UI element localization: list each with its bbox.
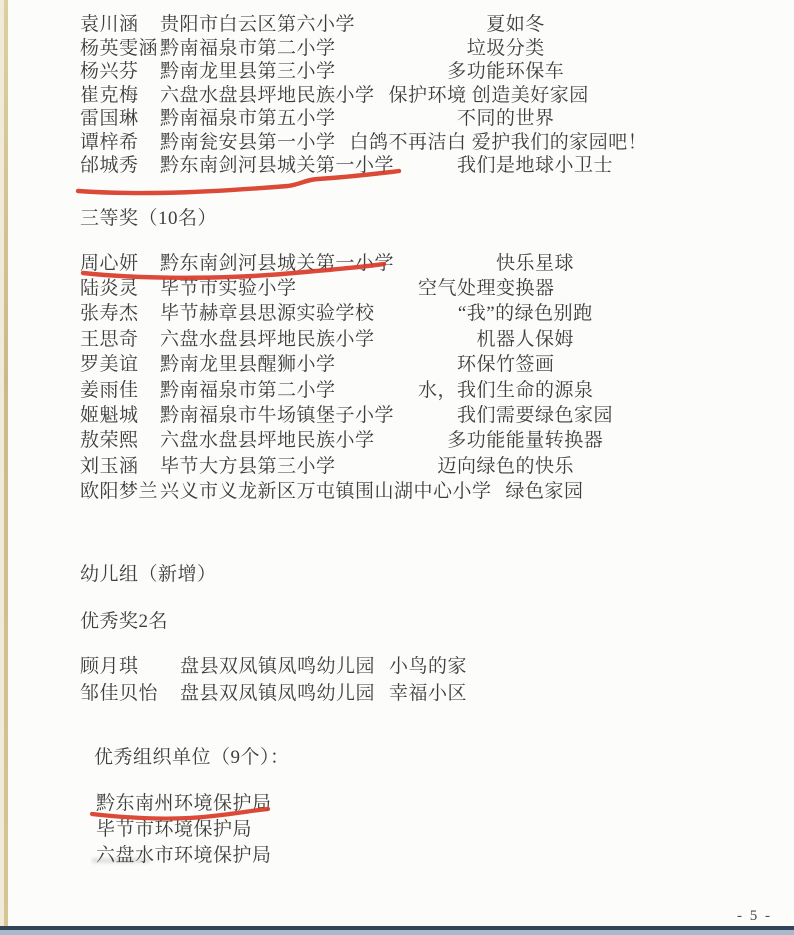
- award-row-underlined: 邰城秀 黔东南剑河县城关第一小学 我们是地球小卫士: [80, 154, 722, 178]
- winner-name: 杨兴芬: [80, 60, 160, 84]
- winner-work-title: 我们需要绿色家园: [394, 403, 722, 428]
- winner-work-title: 保护环境 创造美好家园: [389, 84, 589, 108]
- winner-school: 黔南福泉市第二小学: [160, 378, 336, 403]
- winner-school: 黔南福泉市牛场镇堡子小学: [160, 403, 394, 428]
- award-row: 杨英雯涵 黔南福泉市第二小学 垃圾分类: [80, 37, 722, 61]
- winner-school: 黔东南剑河县城关第一小学: [160, 251, 394, 276]
- winner-school: 六盘水盘县坪地民族小学: [160, 428, 375, 453]
- scan-bottom-edge-light: [0, 930, 794, 935]
- winner-school: 黔南瓮安县第一小学: [160, 131, 336, 155]
- winner-work-title: 我们是地球小卫士: [394, 154, 722, 178]
- winner-school: 毕节赫章县思源实验学校: [160, 301, 375, 326]
- award-row: 刘玉涵 毕节大方县第三小学 迈向绿色的快乐: [80, 454, 722, 479]
- winner-school: 六盘水盘县坪地民族小学: [160, 327, 375, 352]
- winner-name: 崔克梅: [80, 84, 160, 108]
- winner-work-title: 幸福小区: [389, 680, 467, 707]
- award-row: 张寿杰 毕节赫章县思源实验学校 “我”的绿色别跑: [80, 301, 722, 326]
- award-row: 姜雨佳 黔南福泉市第二小学 水，我们生命的源泉: [80, 378, 722, 403]
- winner-name: 敖荣熙: [80, 428, 160, 453]
- winner-name: 王思奇: [80, 327, 160, 352]
- award-row: 杨兴芬 黔南龙里县第三小学 多功能环保车: [80, 60, 722, 84]
- winner-school: 贵阳市白云区第六小学: [160, 13, 355, 37]
- winner-work-title: 白鸽不再洁白 爱护我们的家园吧！: [350, 131, 648, 155]
- winner-work-title: 小鸟的家: [389, 653, 467, 680]
- award-row: 邹佳贝怡 盘县双凤镇凤鸣幼儿园 幸福小区: [80, 680, 722, 707]
- award-row: 姬魁城 黔南福泉市牛场镇堡子小学 我们需要绿色家园: [80, 403, 722, 428]
- winner-work-title: 机器人保姆: [375, 327, 722, 352]
- winner-work-title: 快乐星球: [394, 251, 722, 276]
- kindergarten-award-list: 顾月琪 盘县双凤镇凤鸣幼儿园 小鸟的家 邹佳贝怡 盘县双凤镇凤鸣幼儿园 幸福小区: [80, 653, 722, 707]
- third-prize-list: 周心妍 黔东南剑河县城关第一小学 快乐星球 陆炎灵 毕节市实验小学 空气处理变换…: [80, 251, 722, 505]
- winner-work-title: 不同的世界: [336, 107, 722, 131]
- winner-school: 黔南龙里县醒狮小学: [160, 352, 336, 377]
- winner-school: 黔南福泉市第二小学: [160, 37, 336, 61]
- award-row: 陆炎灵 毕节市实验小学 空气处理变换器: [80, 276, 722, 301]
- scan-edge-tan: [4, 0, 8, 935]
- winner-name: 陆炎灵: [80, 276, 160, 301]
- winner-school: 兴义市义龙新区万屯镇围山湖中心小学: [160, 479, 492, 504]
- third-prize-header: 三等奖（10名）: [80, 208, 722, 230]
- award-row: 崔克梅 六盘水盘县坪地民族小学 保护环境 创造美好家园: [80, 84, 722, 108]
- winner-work-title: 空气处理变换器: [297, 276, 722, 301]
- winner-school: 盘县双凤镇凤鸣幼儿园: [180, 680, 375, 707]
- winner-work-title: “我”的绿色别跑: [375, 301, 722, 326]
- merit-award-subheader: 优秀奖2名: [80, 611, 722, 633]
- winner-name: 雷国琳: [80, 107, 160, 131]
- winner-name: 姬魁城: [80, 403, 160, 428]
- award-row: 欧阳梦兰 兴义市义龙新区万屯镇围山湖中心小学 绿色家园: [80, 479, 722, 504]
- winner-work-title: 夏如冬: [355, 13, 722, 37]
- award-row: 雷国琳 黔南福泉市第五小学 不同的世界: [80, 107, 722, 131]
- organization-item: 六盘水市环境保护局: [96, 843, 722, 869]
- winner-name: 顾月琪: [80, 653, 180, 680]
- winner-work-title: 垃圾分类: [336, 37, 722, 61]
- organization-list: 黔东南州环境保护局 毕节市环境保护局 六盘水市环境保护局: [96, 791, 722, 869]
- winner-name: 袁川涵: [80, 13, 160, 37]
- award-list-continued: 袁川涵 贵阳市白云区第六小学 夏如冬 杨英雯涵 黔南福泉市第二小学 垃圾分类 杨…: [80, 13, 722, 178]
- winner-school: 毕节大方县第三小学: [160, 454, 336, 479]
- award-row: 王思奇 六盘水盘县坪地民族小学 机器人保姆: [80, 327, 722, 352]
- winner-work-title: 多功能能量转换器: [375, 428, 722, 453]
- winner-name: 杨英雯涵: [80, 37, 160, 61]
- winner-work-title: 水，我们生命的源泉: [336, 378, 722, 403]
- winner-school: 黔南龙里县第三小学: [160, 60, 336, 84]
- award-row: 谭梓希 黔南瓮安县第一小学 白鸽不再洁白 爱护我们的家园吧！: [80, 131, 722, 155]
- award-row: 袁川涵 贵阳市白云区第六小学 夏如冬: [80, 13, 722, 37]
- winner-school: 黔南福泉市第五小学: [160, 107, 336, 131]
- winner-work-title: 绿色家园: [506, 479, 584, 504]
- winner-work-title: 迈向绿色的快乐: [336, 454, 722, 479]
- winner-school: 盘县双凤镇凤鸣幼儿园: [180, 653, 375, 680]
- winner-name: 周心妍: [80, 251, 160, 276]
- winner-name: 邰城秀: [80, 154, 160, 178]
- winner-name: 邹佳贝怡: [80, 680, 180, 707]
- winner-work-title: 多功能环保车: [336, 60, 722, 84]
- page-number: - 5 -: [737, 908, 772, 925]
- winner-school: 毕节市实验小学: [160, 276, 297, 301]
- winner-school: 黔东南剑河县城关第一小学: [160, 154, 394, 178]
- document-body: 袁川涵 贵阳市白云区第六小学 夏如冬 杨英雯涵 黔南福泉市第二小学 垃圾分类 杨…: [80, 13, 722, 869]
- winner-name: 刘玉涵: [80, 454, 160, 479]
- organization-item-underlined: 黔东南州环境保护局: [96, 791, 722, 817]
- winner-name: 姜雨佳: [80, 378, 160, 403]
- award-row-underlined: 周心妍 黔东南剑河县城关第一小学 快乐星球: [80, 251, 722, 276]
- winner-name: 欧阳梦兰: [80, 479, 160, 504]
- winner-school: 六盘水盘县坪地民族小学: [160, 84, 375, 108]
- kindergarten-group-header: 幼儿组（新增）: [80, 564, 722, 586]
- winner-name: 谭梓希: [80, 131, 160, 155]
- award-row: 敖荣熙 六盘水盘县坪地民族小学 多功能能量转换器: [80, 428, 722, 453]
- winner-work-title: 环保竹签画: [336, 352, 722, 377]
- organization-item: 毕节市环境保护局: [96, 817, 722, 843]
- award-row: 顾月琪 盘县双凤镇凤鸣幼儿园 小鸟的家: [80, 653, 722, 680]
- award-row: 罗美谊 黔南龙里县醒狮小学 环保竹签画: [80, 352, 722, 377]
- winner-name: 张寿杰: [80, 301, 160, 326]
- outstanding-org-header: 优秀组织单位（9个）：: [94, 747, 722, 769]
- winner-name: 罗美谊: [80, 352, 160, 377]
